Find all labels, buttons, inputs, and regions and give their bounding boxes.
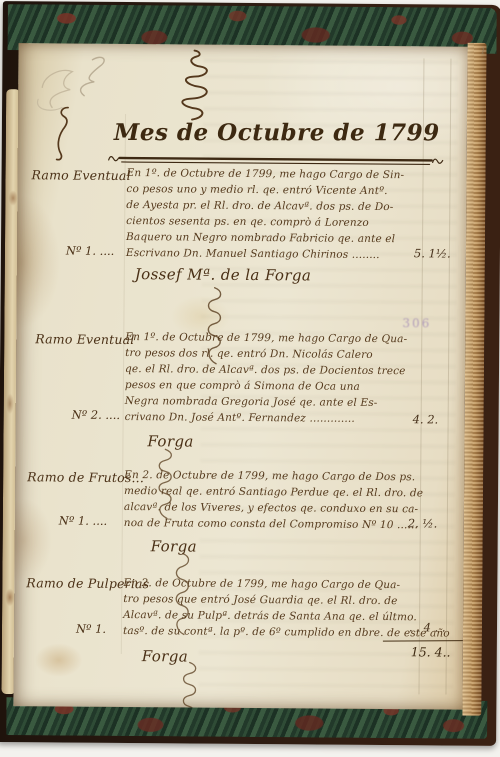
page-title: Mes de Octubre de 1799 [114, 119, 440, 146]
entry1-line6: Escrivano Dn. Manuel Santiago Chirinos .… [126, 245, 431, 263]
entry1-number: Nº 1. .... [66, 244, 114, 258]
entry3-number: Nº 1. .... [59, 514, 107, 528]
entry2-line6: crivano Dn. José Antº. Fernandez .......… [125, 409, 430, 427]
folio-number: 1 [480, 47, 485, 56]
entry3-line4: noa de Fruta como consta del Compromiso … [124, 515, 429, 533]
entry4-amount: . . 4 . . [409, 620, 446, 634]
entry1-section-heading: Ramo Eventual [31, 167, 130, 183]
entry4-body: En 2. de Octubre de 1799, me hago Cargo … [123, 575, 428, 641]
entry4-number: Nº 1. [76, 622, 106, 636]
entry2-body: En 1º. de Octubre de 1799, me hago Cargo… [125, 329, 431, 427]
manuscript-photo: 1 Mes de Octubre de 1799 [0, 0, 500, 757]
entry2-section-heading: Ramo Eventual [35, 331, 134, 347]
entry1-body: En 1º. de Octubre de 1799, me hago Cargo… [126, 165, 432, 263]
entry3-amount: 2. ½. [408, 516, 438, 530]
pencil-sketch-flourish [34, 51, 146, 114]
entry4-line4: tasº. de su contª. la pº. de 6º cumplido… [123, 623, 428, 641]
entry2-amount: 4. 2. [413, 412, 439, 426]
manuscript-page: Mes de Octubre de 1799 Ramo Eventual En … [13, 43, 467, 710]
entry2-number: Nº 2. .... [72, 408, 120, 422]
entry1-amount: 5. 1½. [414, 246, 451, 260]
ledger-book: 1 Mes de Octubre de 1799 [0, 1, 500, 746]
total-amount: 15. 4.. [411, 644, 451, 659]
margin-paragraph-mark [52, 105, 76, 161]
entry3-body: En 2. de Octubre de 1799, me hago Cargo … [124, 467, 429, 533]
archive-stamp: 306 [402, 316, 431, 330]
header-rubric-flourish [152, 47, 223, 128]
entry4-signature-rubric [175, 660, 203, 709]
entry1-signature: Jossef Mª. de la Forga [135, 265, 312, 284]
